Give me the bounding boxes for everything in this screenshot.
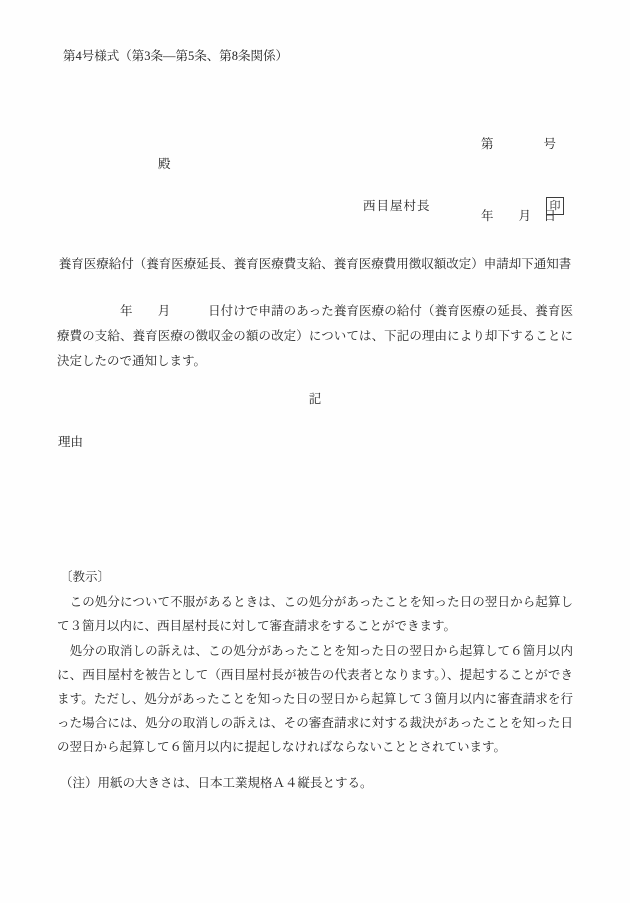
- seal-box: 印: [546, 197, 564, 215]
- kyoji-paragraph-1: この処分について不服があるときは、この処分があったことを知った日の翌日から起算し…: [57, 590, 573, 638]
- issuer-name: 西目屋村長: [363, 194, 431, 218]
- doc-number-line: 第 号: [481, 132, 556, 156]
- kyoji-paragraph-2: 処分の取消しの訴えは、この処分があったことを知った日の翌日から起算して６箇月以内…: [57, 639, 573, 759]
- doc-date-line: 年 月 日: [481, 204, 556, 228]
- reason-label: 理由: [58, 430, 83, 454]
- document-page: 第4号様式（第3条―第5条、第8条関係） 第 号 年 月 日 殿 西目屋村長 印…: [0, 0, 630, 903]
- number-date-block: 第 号 年 月 日: [481, 84, 556, 276]
- seal-mark: 印: [550, 201, 561, 212]
- document-title: 養育医療給付（養育医療延長、養育医療費支給、養育医療費用徴収額改定）申請却下通知…: [57, 252, 573, 276]
- addressee-suffix: 殿: [158, 152, 171, 176]
- ki-label: 記: [57, 387, 573, 411]
- paper-size-note: （注）用紙の大きさは、日本工業規格Ａ４縦長とする。: [60, 771, 373, 795]
- kyoji-heading: 〔教示〕: [60, 565, 110, 589]
- form-number-label: 第4号様式（第3条―第5条、第8条関係）: [63, 44, 288, 68]
- body-paragraph: 年 月 日付けで申請のあった養育医療の給付（養育医療の延長、養育医療費の支給、養…: [57, 299, 573, 374]
